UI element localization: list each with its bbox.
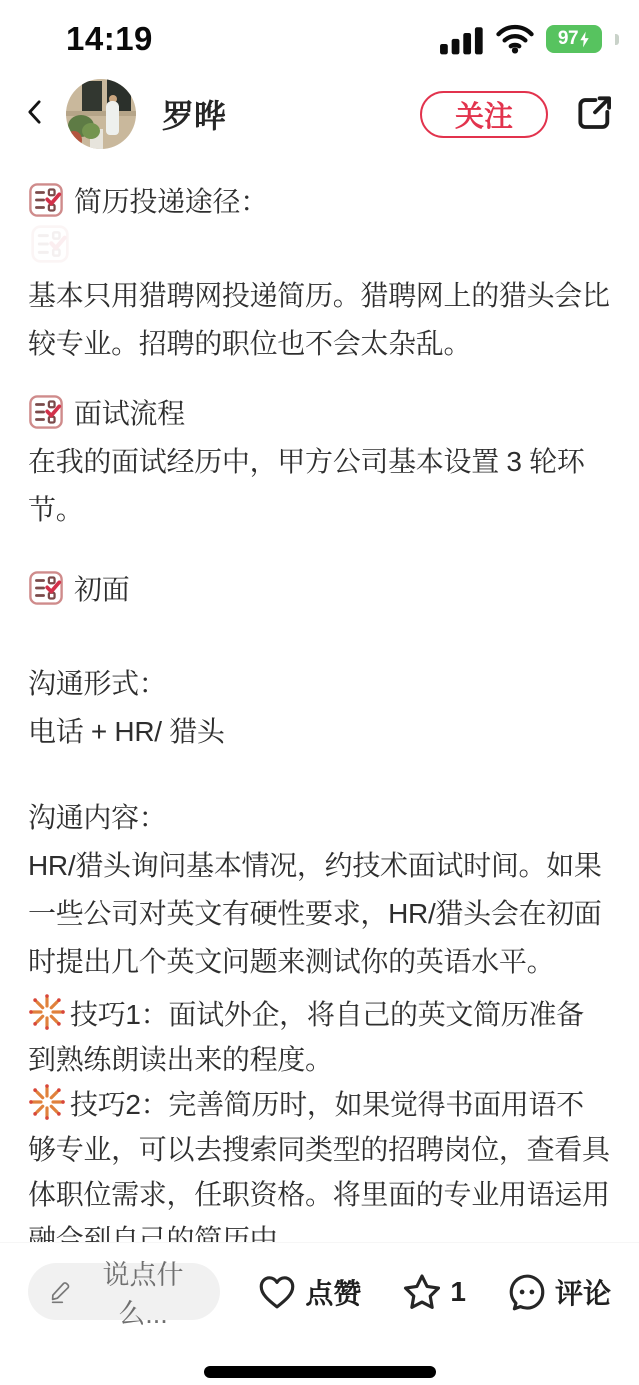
avatar-art bbox=[82, 123, 100, 139]
follow-button-label: 关注 bbox=[455, 94, 513, 135]
heading-text: 初面 bbox=[74, 574, 129, 605]
battery-indicator: 97 bbox=[546, 25, 602, 53]
action-buttons: 点赞 1 评论 bbox=[256, 1271, 611, 1313]
status-time: 14:19 bbox=[66, 20, 153, 58]
post-heading: 面试流程 bbox=[28, 390, 611, 438]
collect-count: 1 bbox=[450, 1276, 466, 1308]
star-icon bbox=[401, 1271, 443, 1313]
home-indicator[interactable] bbox=[204, 1366, 436, 1378]
post-content: 简历投递途径： 基本只用猎聘网投递简历。猎聘网上的猎头会比较专业。招聘的职位也不… bbox=[0, 166, 639, 1242]
post-paragraph: 在我的面试经历中，甲方公司基本设置 3 轮环节。 bbox=[28, 438, 611, 534]
post-paragraph: 电话 + HR/ 猎头 bbox=[28, 708, 611, 756]
cellular-signal-icon bbox=[440, 24, 484, 55]
fireworks-icon bbox=[28, 993, 66, 1031]
share-icon bbox=[573, 92, 615, 134]
comment-placeholder: 说点什么... bbox=[85, 1253, 201, 1331]
post-paragraph: 基本只用猎聘网投递简历。猎聘网上的猎头会比较专业。招聘的职位也不会太杂乱。 bbox=[28, 272, 611, 368]
checklist-icon-faded bbox=[30, 224, 70, 264]
avatar-art bbox=[66, 131, 82, 149]
bottom-bar: 说点什么... 点赞 1 评论 bbox=[0, 1242, 639, 1340]
post-paragraph: 沟通内容： bbox=[28, 794, 611, 842]
heading-text: 面试流程 bbox=[74, 398, 185, 429]
comment-button[interactable]: 评论 bbox=[506, 1271, 611, 1313]
share-button[interactable] bbox=[573, 92, 617, 136]
post-heading: 初面 bbox=[28, 566, 611, 614]
tip-text: 技巧2：完善简历时，如果觉得书面用语不够专业，可以去搜索同类型的招聘岗位，查看具… bbox=[28, 1089, 610, 1242]
checklist-icon bbox=[28, 570, 64, 606]
faded-emoji-row bbox=[28, 226, 611, 270]
like-label: 点赞 bbox=[305, 1272, 361, 1312]
post-paragraph: HR/猎头询问基本情况，约技术面试时间。如果一些公司对英文有硬性要求，HR/猎头… bbox=[28, 842, 611, 986]
battery-nub bbox=[615, 34, 619, 45]
app-screen: 14:19 97 罗晔 关注 bbox=[0, 0, 639, 1385]
pencil-icon bbox=[47, 1278, 74, 1305]
post-header: 罗晔 关注 bbox=[0, 64, 639, 164]
charging-bolt-icon bbox=[579, 31, 590, 48]
collect-button[interactable]: 1 bbox=[401, 1271, 466, 1313]
checklist-icon bbox=[28, 394, 64, 430]
like-button[interactable]: 点赞 bbox=[256, 1271, 361, 1313]
speech-bubble-icon bbox=[506, 1271, 548, 1313]
chevron-left-icon bbox=[22, 92, 48, 132]
heart-icon bbox=[256, 1271, 298, 1313]
heading-text: 简历投递途径： bbox=[74, 186, 268, 217]
post-heading: 简历投递途径： bbox=[28, 178, 611, 226]
status-bar: 14:19 97 bbox=[0, 0, 639, 64]
avatar-art bbox=[106, 101, 119, 135]
avatar-art bbox=[82, 81, 102, 111]
checklist-icon bbox=[28, 182, 64, 218]
comment-label: 评论 bbox=[555, 1272, 611, 1312]
tip-text: 技巧1：面试外企，将自己的英文简历准备到熟练朗读出来的程度。 bbox=[28, 999, 584, 1075]
follow-button[interactable]: 关注 bbox=[420, 91, 548, 138]
back-button[interactable] bbox=[22, 92, 52, 136]
fireworks-icon bbox=[28, 1083, 66, 1121]
username[interactable]: 罗晔 bbox=[162, 91, 226, 137]
post-paragraph: 沟通形式： bbox=[28, 660, 611, 708]
wifi-icon bbox=[495, 24, 535, 54]
battery-percent: 97 bbox=[558, 28, 578, 50]
comment-input[interactable]: 说点什么... bbox=[28, 1263, 220, 1320]
post-tip: 技巧1：面试外企，将自己的英文简历准备到熟练朗读出来的程度。 bbox=[28, 992, 611, 1082]
status-icons: 97 bbox=[440, 24, 619, 55]
avatar[interactable] bbox=[66, 79, 136, 149]
post-tip: 技巧2：完善简历时，如果觉得书面用语不够专业，可以去搜索同类型的招聘岗位，查看具… bbox=[28, 1082, 611, 1242]
